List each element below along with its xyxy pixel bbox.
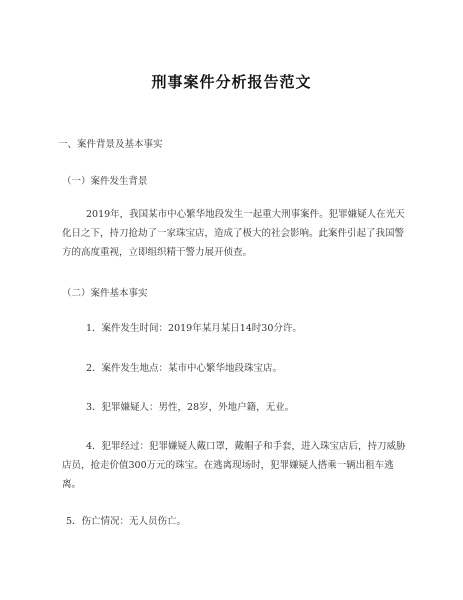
list-item: 4．犯罪经过：犯罪嫌疑人戴口罩，戴帽子和手套，进入珠宝店后，持刀威胁店员，抢走价… xyxy=(62,437,407,494)
background-paragraph: 2019年，我国某市中心繁华地段发生一起重大刑事案件。犯罪嫌疑人在光天化日之下，… xyxy=(62,205,407,262)
list-item: 5．伤亡情况：无人员伤亡。 xyxy=(66,516,186,528)
list-item: 1．案件发生时间：2019年某月某日14时30分许。 xyxy=(86,323,302,335)
list-item: 2．案件发生地点：某市中心繁华地段珠宝店。 xyxy=(86,363,282,375)
document-page: 刑事案件分析报告范文 一、案件背景及基本事实 （一）案件发生背景 2019年，我… xyxy=(0,0,463,600)
document-title: 刑事案件分析报告范文 xyxy=(0,71,463,92)
subsection-heading: （一）案件发生背景 xyxy=(62,176,148,188)
list-item: 3．犯罪嫌疑人：男性，28岁，外地户籍，无业。 xyxy=(86,402,294,414)
subsection-heading: （二）案件基本事实 xyxy=(62,288,148,300)
section-heading: 一、案件背景及基本事实 xyxy=(58,139,163,151)
